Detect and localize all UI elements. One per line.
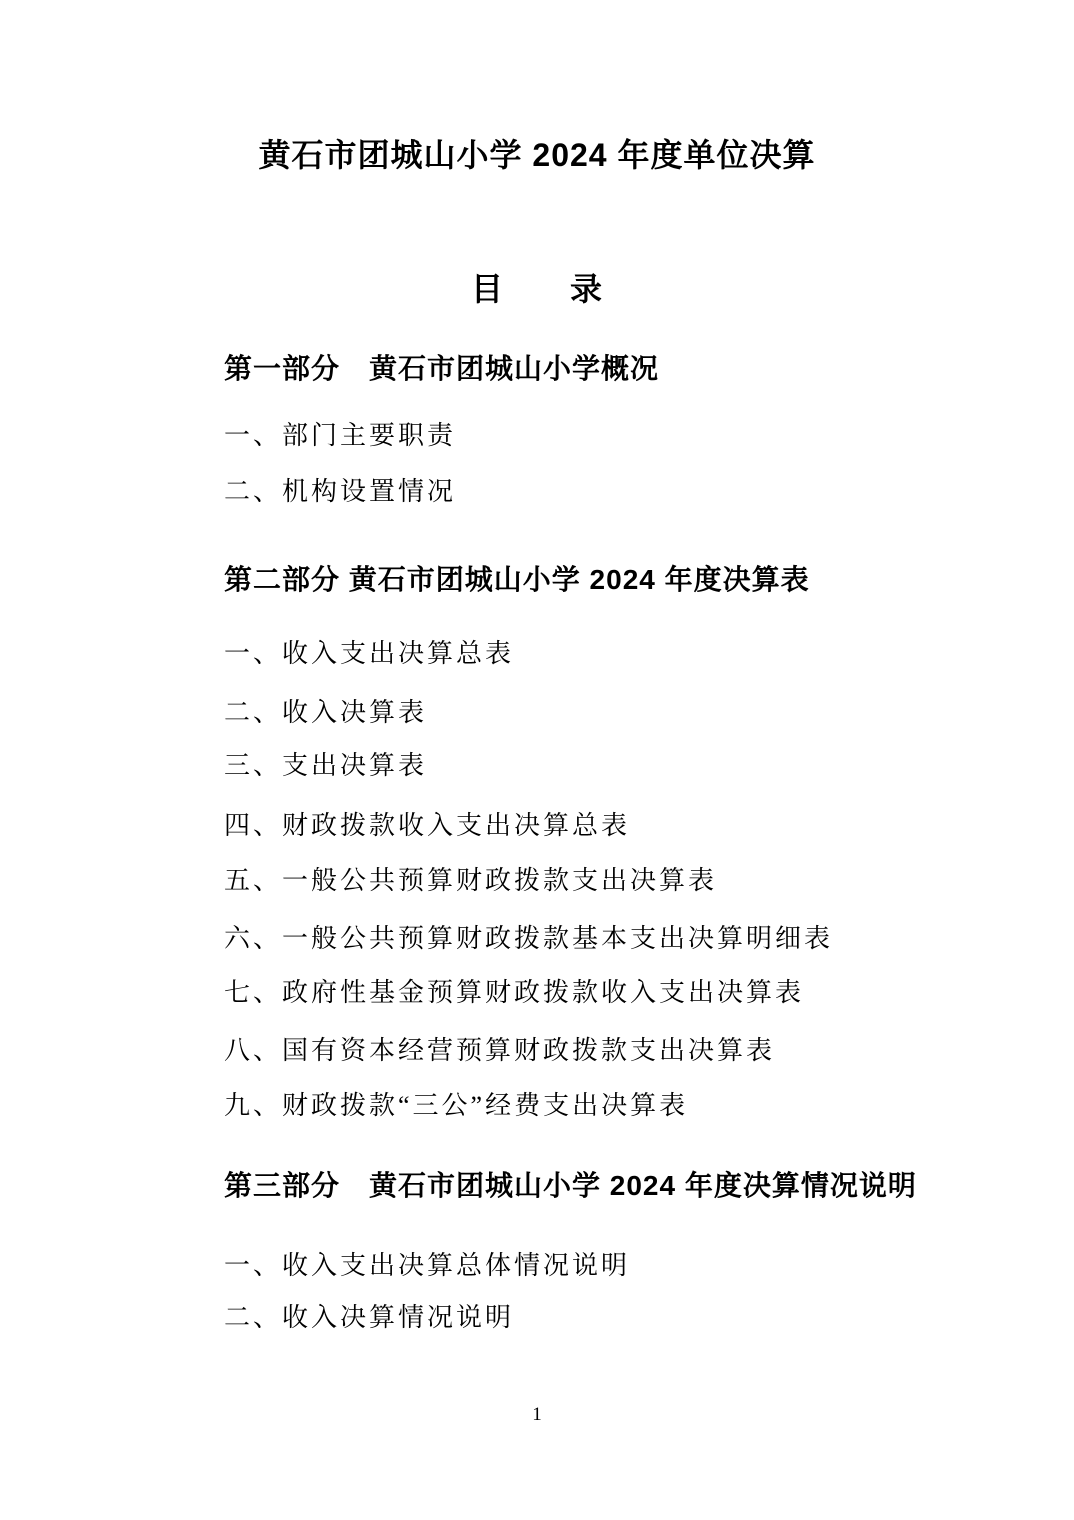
toc-entry: 九、财政拨款“三公”经费支出决算表 [224, 1093, 688, 1119]
toc-entry: 四、财政拨款收入支出决算总表 [224, 813, 630, 839]
toc-entry: 五、一般公共预算财政拨款支出决算表 [224, 868, 717, 894]
section-1-heading: 第一部分 黄石市团城山小学概况 [224, 355, 659, 383]
toc-entry: 一、收入支出决算总体情况说明 [224, 1253, 630, 1279]
toc-entry: 一、收入支出决算总表 [224, 641, 514, 667]
page-number: 1 [0, 1405, 1074, 1424]
document-title: 黄石市团城山小学 2024 年度单位决算 [0, 139, 1074, 171]
toc-entry: 八、国有资本经营预算财政拨款支出决算表 [224, 1038, 775, 1064]
section-2-heading: 第二部分 黄石市团城山小学 2024 年度决算表 [224, 566, 810, 594]
toc-entry: 七、政府性基金预算财政拨款收入支出决算表 [224, 980, 804, 1006]
toc-entry: 二、收入决算情况说明 [224, 1305, 514, 1331]
toc-entry: 三、支出决算表 [224, 753, 427, 779]
toc-entry: 二、机构设置情况 [224, 479, 456, 505]
section-3-heading: 第三部分 黄石市团城山小学 2024 年度决算情况说明 [224, 1172, 917, 1200]
toc-heading: 目 录 [0, 273, 1074, 305]
toc-entry: 二、收入决算表 [224, 700, 427, 726]
toc-entry: 六、一般公共预算财政拨款基本支出决算明细表 [224, 926, 833, 952]
toc-entry: 一、部门主要职责 [224, 423, 456, 449]
document-page: 黄石市团城山小学 2024 年度单位决算 目 录 第一部分 黄石市团城山小学概况… [0, 0, 1074, 1520]
